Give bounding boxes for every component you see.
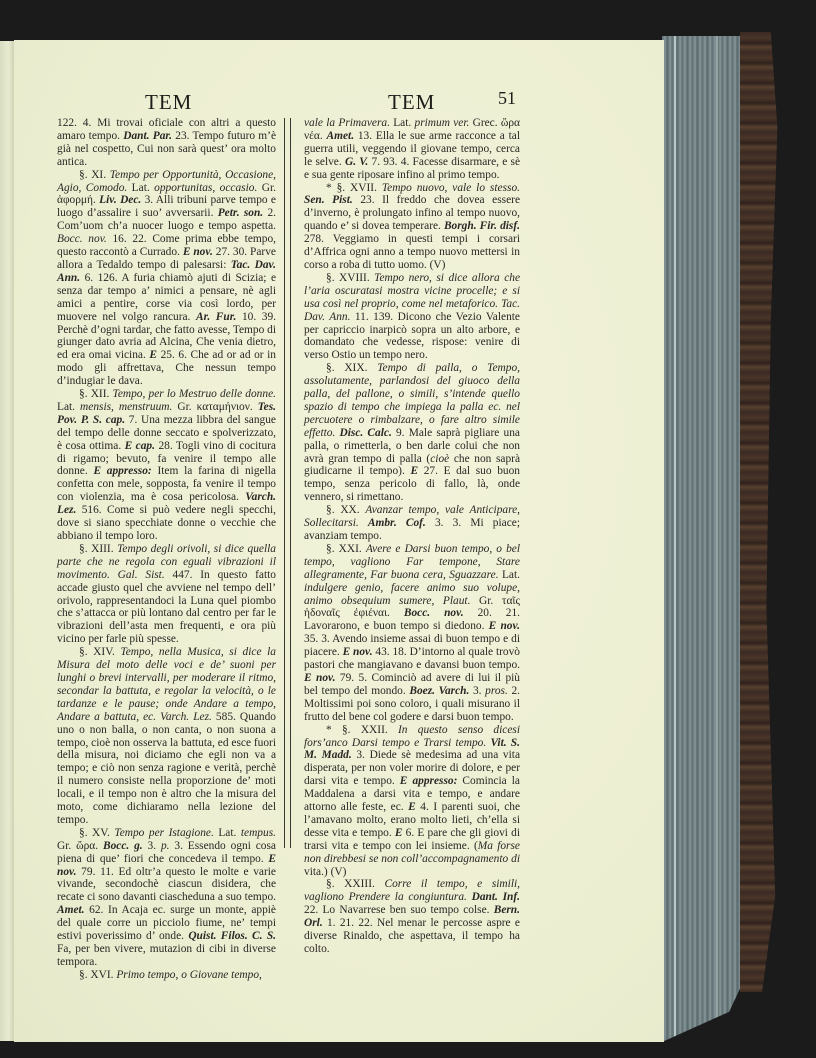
dictionary-paragraph: §. XXI. Avere e Darsi buon tempo, o bel … <box>304 543 520 724</box>
dictionary-paragraph: §. XIX. Tempo di palla, o Tempo, assolut… <box>304 362 520 504</box>
dictionary-paragraph: §. XIII. Tempo degli orivoli, si dice qu… <box>57 543 276 646</box>
dictionary-paragraph: §. XX. Avanzar tempo, vale Anticipare, S… <box>304 504 520 543</box>
column-divider <box>284 118 291 848</box>
dictionary-paragraph: §. XVIII. Tempo nero, si dice allora che… <box>304 272 520 362</box>
dictionary-paragraph: §. XIV. Tempo, nella Musica, si dice la … <box>57 646 276 827</box>
dictionary-paragraph: * §. XXII. In questo senso dicesi fors’a… <box>304 724 520 879</box>
running-head-left: TEM <box>145 90 192 115</box>
page-number: 51 <box>498 88 516 109</box>
dictionary-paragraph: §. XXIII. Corre il tempo, e simili, vagl… <box>304 878 520 955</box>
right-column-text: vale la Primavera. Lat. primum ver. Grec… <box>304 117 520 956</box>
dictionary-paragraph: §. XI. Tempo per Opportunità, Occasione,… <box>57 169 276 388</box>
dictionary-paragraph: §. XII. Tempo, per lo Mestruo delle donn… <box>57 388 276 543</box>
left-column-text: 122. 4. Mi trovai oficiale con altri a q… <box>57 117 276 982</box>
book-cover-edge <box>740 32 784 992</box>
dictionary-paragraph: * §. XVII. Tempo nuovo, vale lo stesso. … <box>304 182 520 272</box>
dictionary-paragraph: 122. 4. Mi trovai oficiale con altri a q… <box>57 117 276 169</box>
dictionary-paragraph: §. XVI. Primo tempo, o Giovane tempo, <box>57 969 276 982</box>
dictionary-paragraph: §. XV. Tempo per Istagione. Lat. tempus.… <box>57 827 276 969</box>
previous-page-edge <box>0 41 15 1041</box>
book-fore-edge <box>662 36 748 1042</box>
dictionary-paragraph: vale la Primavera. Lat. primum ver. Grec… <box>304 117 520 182</box>
running-head-right: TEM <box>388 90 435 115</box>
